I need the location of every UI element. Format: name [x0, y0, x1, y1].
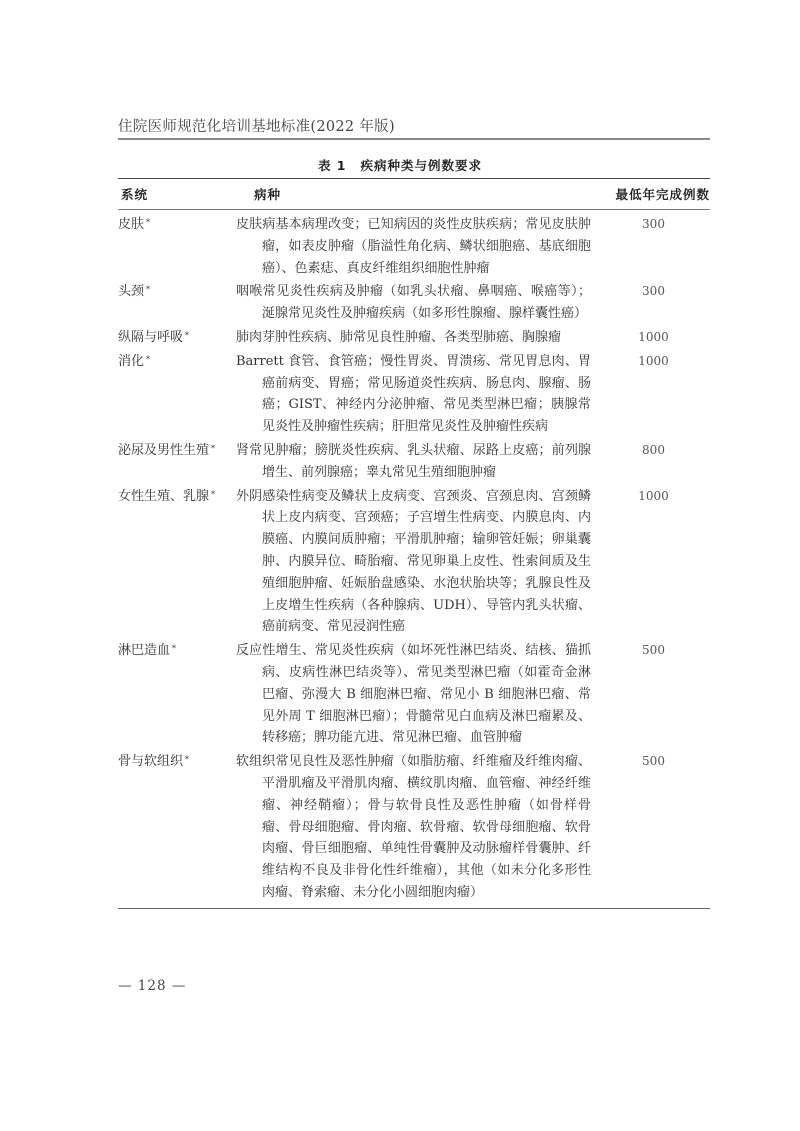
system-cell: 纵隔与呼吸* — [118, 327, 236, 349]
min-cases-cell: 1000 — [591, 327, 710, 349]
required-mark: * — [211, 490, 215, 499]
required-mark: * — [172, 644, 176, 653]
min-cases-cell: 1000 — [591, 351, 710, 438]
table-row: 纵隔与呼吸* 肺肉芽肿性疾病、肺常见良性肿瘤、各类型肺癌、胸腺瘤 1000 — [118, 327, 710, 349]
disease-cell: 咽喉常见炎性疾病及肿瘤（如乳头状瘤、鼻咽癌、喉癌等）；涎腺常见炎性及肿瘤疾病（如… — [236, 281, 591, 325]
column-header-disease: 病种 — [240, 185, 354, 203]
min-cases-cell: 500 — [591, 751, 710, 904]
header-rule — [118, 138, 710, 140]
table-row: 皮肤* 皮肤病基本病理改变；已知病因的炎性皮肤疾病；常见皮肤肿瘤，如表皮肿瘤（脂… — [118, 214, 710, 279]
table-header-row: 系统 病种 最低年完成例数 — [118, 179, 710, 209]
disease-cell: 软组织常见良性及恶性肿瘤（如脂肪瘤、纤维瘤及纤维肉瘤、平滑肌瘤及平滑肌肉瘤、横纹… — [236, 751, 591, 904]
min-cases-cell: 300 — [591, 281, 710, 325]
system-cell: 头颈* — [118, 281, 236, 325]
system-cell: 皮肤* — [118, 214, 236, 279]
system-cell: 淋巴造血* — [118, 640, 236, 749]
running-header: 住院医师规范化培训基地标准(2022 年版) — [118, 115, 395, 136]
disease-cell: 肺肉芽肿性疾病、肺常见良性肿瘤、各类型肺癌、胸腺瘤 — [236, 327, 591, 349]
table-row: 骨与软组织* 软组织常见良性及恶性肿瘤（如脂肪瘤、纤维瘤及纤维肉瘤、平滑肌瘤及平… — [118, 751, 710, 904]
table-header-rule — [118, 209, 710, 210]
min-cases-cell: 1000 — [591, 486, 710, 639]
column-header-min-cases: 最低年完成例数 — [354, 185, 710, 203]
table-row: 淋巴造血* 反应性增生、常见炎性疾病（如坏死性淋巴结炎、结核、猫抓病、皮病性淋巴… — [118, 640, 710, 749]
disease-cell: 外阴感染性病变及鳞状上皮病变、宫颈炎、宫颈息肉、宫颈鳞状上皮内病变、宫颈癌；子宫… — [236, 486, 591, 639]
system-cell: 女性生殖、乳腺* — [118, 486, 236, 639]
disease-cell: 反应性增生、常见炎性疾病（如坏死性淋巴结炎、结核、猫抓病、皮病性淋巴结炎等）、常… — [236, 640, 591, 749]
system-cell: 泌尿及男性生殖* — [118, 440, 236, 484]
table-row: 泌尿及男性生殖* 肾常见肿瘤；膀胱炎性疾病、乳头状瘤、尿路上皮癌；前列腺增生、前… — [118, 440, 710, 484]
min-cases-cell: 300 — [591, 214, 710, 279]
min-cases-cell: 500 — [591, 640, 710, 749]
disease-cell: 皮肤病基本病理改变；已知病因的炎性皮肤疾病；常见皮肤肿瘤，如表皮肿瘤（脂溢性角化… — [236, 214, 591, 279]
required-mark: * — [146, 285, 150, 294]
table-caption: 表 1疾病种类与例数要求 — [0, 156, 800, 174]
disease-cell: 肾常见肿瘤；膀胱炎性疾病、乳头状瘤、尿路上皮癌；前列腺增生、前列腺癌；睾丸常见生… — [236, 440, 591, 484]
disease-cell: Barrett 食管、食管癌；慢性胃炎、胃溃疡、常见胃息肉、胃癌前病变、胃癌；常… — [236, 351, 591, 438]
system-cell: 消化* — [118, 351, 236, 438]
required-mark: * — [211, 444, 215, 453]
required-mark: * — [146, 355, 150, 364]
required-mark: * — [146, 218, 150, 227]
required-mark: * — [185, 755, 189, 764]
disease-requirements-table: 系统 病种 最低年完成例数 皮肤* 皮肤病基本病理改变；已知病因的炎性皮肤疾病；… — [118, 178, 710, 909]
min-cases-cell: 800 — [591, 440, 710, 484]
table-row: 消化* Barrett 食管、食管癌；慢性胃炎、胃溃疡、常见胃息肉、胃癌前病变、… — [118, 351, 710, 438]
table-caption-number: 表 1 — [318, 158, 347, 173]
page-number: — 128 — — [118, 978, 186, 994]
table-bottom-rule — [118, 908, 710, 909]
column-header-system: 系统 — [118, 185, 240, 203]
table-row: 女性生殖、乳腺* 外阴感染性病变及鳞状上皮病变、宫颈炎、宫颈息肉、宫颈鳞状上皮内… — [118, 486, 710, 639]
table-caption-title: 疾病种类与例数要求 — [361, 158, 483, 173]
system-cell: 骨与软组织* — [118, 751, 236, 904]
table-row: 头颈* 咽喉常见炎性疾病及肿瘤（如乳头状瘤、鼻咽癌、喉癌等）；涎腺常见炎性及肿瘤… — [118, 281, 710, 325]
required-mark: * — [185, 331, 189, 340]
